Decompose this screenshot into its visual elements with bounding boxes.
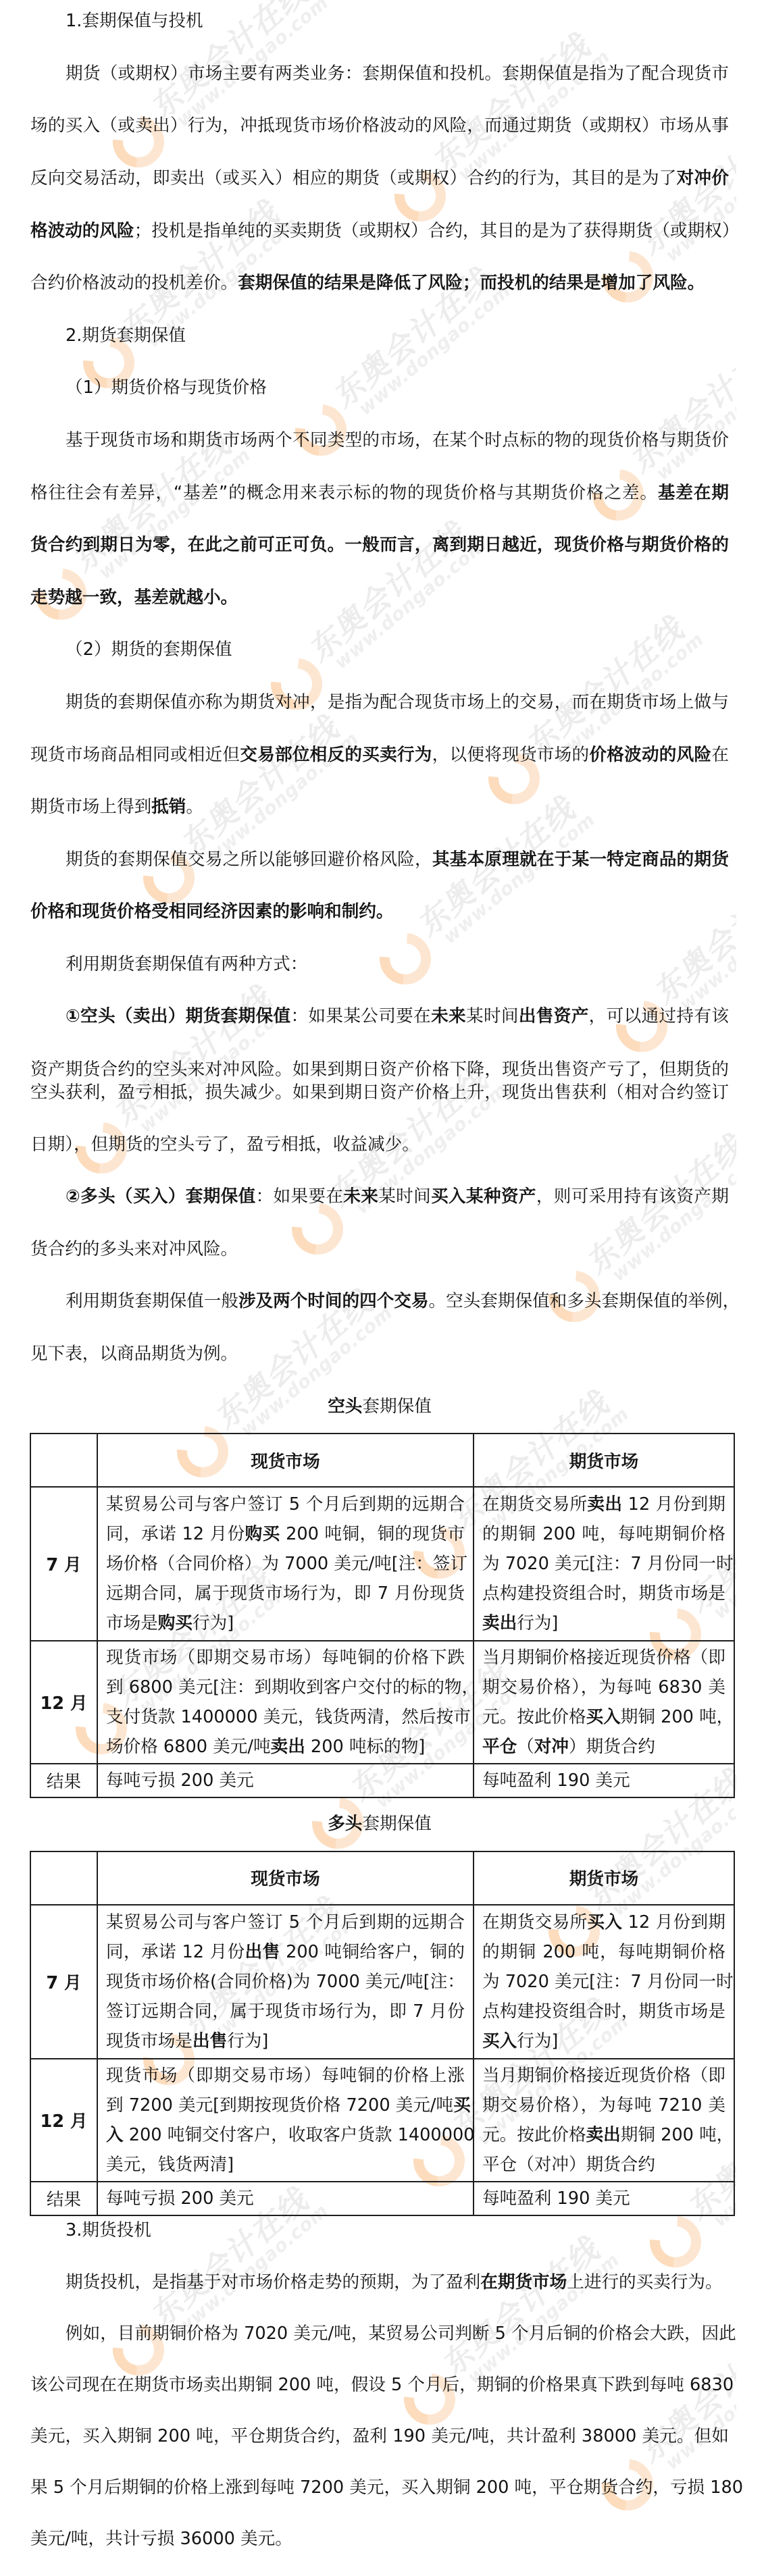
bold-text: 买入 xyxy=(482,2031,517,2051)
bold-text: 价格和现货价格受相同经济因素的影响和制约。 xyxy=(30,901,393,922)
text: （2）期货的套期保值 xyxy=(66,639,232,660)
table-header-row: 现货市场期货市场 xyxy=(30,1434,734,1487)
column-header: 现货市场 xyxy=(97,1851,474,1905)
cell-text-line: 当月期铜价格接近现货价格（即 xyxy=(482,2061,725,2091)
text-line: ①空头（卖出）期货套期保值：如果某公司要在未来某时间出售资产，可以通过持有该 xyxy=(30,991,729,1043)
text: 现货市场价格(合同价格)为 7000 美元/吨[注： xyxy=(106,1972,465,1992)
text-line: 例如，目前期铜价格为 7020 美元/吨，某贸易公司判断 5 个月后铜的价格会大… xyxy=(30,2308,736,2359)
text: 套期保值 xyxy=(362,1396,431,1417)
paragraph: ①空头（卖出）期货套期保值：如果某公司要在未来某时间出售资产，可以通过持有该资产… xyxy=(30,991,729,1171)
bold-text: 买 xyxy=(453,2095,471,2115)
cell-text-line: 的期铜 200 吨，每吨期铜价格 xyxy=(482,1937,725,1967)
text: 行为] xyxy=(517,2031,558,2051)
spot-market-cell: 每吨亏损 200 美元 xyxy=(97,1764,474,1797)
cell-text-line: 现货市场价格(合同价格)为 7000 美元/吨[注： xyxy=(106,1967,465,1997)
text: 见下表，以商品期货为例。 xyxy=(30,1344,238,1364)
spot-market-cell: 现货市场（即期交易市场）每吨铜的价格上涨到 7200 美元[到期按现货价格 72… xyxy=(97,2059,474,2182)
cell-text-line: 支付货款 1400000 美元，钱货两清，然后按市 xyxy=(106,1702,471,1732)
cell-text-line: 入 200 吨铜交付客户，收取客户货款 1400000 xyxy=(106,2120,475,2150)
bold-text: 格波动的风险 xyxy=(30,221,134,241)
text-line: 合约价格波动的投机差价。套期保值的结果是降低了风险；而投机的结果是增加了风险。 xyxy=(30,257,729,310)
cell-text-line: 每吨盈利 190 美元 xyxy=(482,1766,725,1795)
text: 某贸易公司与客户签订 5 个月后到期的远期合 xyxy=(106,1912,465,1933)
text: 场价格 6800 美元/吨 xyxy=(106,1737,271,1757)
cell-text-line: 同，承诺 12 月份出售 200 吨铜给客户，铜的 xyxy=(106,1937,465,1967)
text: 空头获利，盈亏相抵，损失减少。如果到期日资产价格上升，现货出售获利（相对合约签订 xyxy=(30,1082,729,1103)
cell-text-line: 期交易价格），为每吨 6830 美 xyxy=(482,1673,725,1702)
row-label: 7 月 xyxy=(30,1905,97,2059)
text: ，以便将现货市场的 xyxy=(432,745,590,765)
text: 签订远期合同，属于现货市场行为，即 7 月份 xyxy=(106,2001,465,2022)
text: 利用期货套期保值一般 xyxy=(66,1291,238,1311)
text: 200 吨标的物] xyxy=(305,1737,425,1757)
text: 12 月份到期 xyxy=(622,1494,725,1515)
text: 合约价格波动的投机差价。 xyxy=(30,273,238,293)
document-page: 东奥会计在线www.dongao.com东奥会计在线www.dongao.com… xyxy=(0,0,766,2576)
bold-text: 其基本原理就在于某一特定商品的期货 xyxy=(432,849,729,870)
spot-market-cell: 现货市场（即期交易市场）每吨铜的价格下跌到 6800 美元[注：到期收到客户交付… xyxy=(97,1641,474,1764)
text-line: 走势越一致，基差就越小。 xyxy=(30,572,729,625)
bold-text: 出售 xyxy=(193,2031,227,2051)
bold-text: 买入 xyxy=(586,1707,621,1727)
text: 在期货交易所 xyxy=(482,1494,587,1515)
text: （1）期货价格与现货价格 xyxy=(66,377,267,398)
short-hedge-table: 现货市场期货市场7 月某贸易公司与客户签订 5 个月后到期的远期合同，承诺 12… xyxy=(30,1433,735,1798)
bold-text: 未来 xyxy=(431,1006,466,1026)
text: 每吨盈利 190 美元 xyxy=(482,2188,630,2209)
text-line: 期货（或期权）市场主要有两类业务：套期保值和投机。套期保值是指为了配合现货市 xyxy=(30,48,729,101)
text-line: ②多头（买入）套期保值：如果要在未来某时间买入某种资产，则可采用持有该资产期 xyxy=(30,1171,729,1224)
text: 每吨盈利 190 美元 xyxy=(482,1770,630,1791)
text-line: 期货的套期保值亦称为期货对冲，是指为配合现货市场上的交易，而在期货市场上做与 xyxy=(30,677,729,729)
column-header xyxy=(30,1434,97,1487)
text: 点构建投资组合时，期货市场是 xyxy=(482,1583,725,1604)
cell-text-line: 在期货交易所买入 12 月份到期 xyxy=(482,1908,725,1937)
text: 现货市场（即期交易市场）每吨铜的价格上涨 xyxy=(106,2066,465,2086)
cell-text-line: 美元，钱货两清] xyxy=(106,2150,465,2180)
row-result: 结果每吨亏损 200 美元每吨盈利 190 美元 xyxy=(30,1764,734,1797)
text: 1.套期保值与投机 xyxy=(66,11,203,31)
text-line: 货合约到期日为零，在此之前可正可负。一般而言，离到期日越近，现货价格与期货价格的 xyxy=(30,519,729,572)
cell-text-line: 每吨亏损 200 美元 xyxy=(106,2184,465,2213)
text: 现货市场是 xyxy=(106,2031,193,2051)
text: 的期铜 200 吨，每吨期铜价格 xyxy=(482,1524,725,1544)
text: 上进行的买卖行为。 xyxy=(567,2272,722,2292)
text: 利用期货套期保值有两种方式： xyxy=(66,954,307,974)
text-line: 格往往会有差异，“基差”的概念用来表示标的物的现货价格与其期货价格之差。基差在期 xyxy=(30,467,729,520)
text: 同，承诺 12 月份 xyxy=(106,1942,245,1962)
bold-text: 价格波动的风险 xyxy=(589,745,711,765)
text: 美元/吨，共计亏损 36000 美元。 xyxy=(30,2529,292,2549)
bold-text: 购买 xyxy=(158,1613,193,1633)
section-heading: 1.套期保值与投机 xyxy=(30,0,729,48)
bold-text: 套期保值的结果是降低了风险；而投机的结果是增加了风险。 xyxy=(238,273,705,293)
text: 现货市场（即期交易市场）每吨铜的价格下跌 xyxy=(106,1648,465,1668)
bold-text: 卖出 xyxy=(586,2125,621,2145)
cell-text-line: 场价格（合同价格）为 7000 美元/吨[注：签订 xyxy=(106,1549,467,1579)
column-header: 期货市场 xyxy=(474,1434,734,1487)
cell-text-line: 当月期铜价格接近现货价格（即 xyxy=(482,1643,725,1673)
text: 场的买入（或卖出）行为，冲抵现货市场价格波动的风险，而通过期货（或期权）市场从事 xyxy=(30,115,729,136)
text: ）期货合约 xyxy=(569,1737,655,1757)
text-line: 空头获利，盈亏相抵，损失减少。如果到期日资产价格上升，现货出售获利（相对合约签订 xyxy=(30,1081,729,1104)
text: ；投机是指单纯的买卖期货（或期权）合约，其目的是为了获得期货（或期权） xyxy=(134,221,740,241)
text: 期交易价格），为每吨 6830 美 xyxy=(482,1677,725,1698)
cell-text-line: 平仓（对冲）期货合约 xyxy=(482,2150,725,2180)
futures-market-cell: 当月期铜价格接近现货价格（即期交易价格），为每吨 7210 美元。按此价格卖出期… xyxy=(474,2059,734,2182)
text: 每吨亏损 200 美元 xyxy=(106,1770,254,1791)
text: 期货的套期保值亦称为期货对冲，是指为配合现货市场上的交易，而在期货市场上做与 xyxy=(66,692,729,712)
text: 每吨亏损 200 美元 xyxy=(106,2188,254,2209)
text: 期铜 200 吨， xyxy=(621,1707,734,1727)
cell-text-line: 期交易价格），为每吨 7210 美 xyxy=(482,2091,725,2120)
row-label: 12 月 xyxy=(30,1641,97,1764)
bold-text: ①空头（卖出）期货套期保值 xyxy=(66,1006,290,1026)
paragraph: 期货的套期保值交易之所以能够回避价格风险，其基本原理就在于某一特定商品的期货价格… xyxy=(30,834,729,939)
bold-text: 卖出 xyxy=(482,1613,517,1633)
bold-text: 空头 xyxy=(328,1396,362,1417)
text: （ xyxy=(517,1737,534,1757)
text: 套期保值 xyxy=(362,1814,431,1834)
text: 为 7020 美元[注：7 月份同一时 xyxy=(482,1554,734,1574)
text: 。 xyxy=(186,797,203,817)
column-header: 现货市场 xyxy=(97,1434,474,1487)
row-december: 12 月现货市场（即期交易市场）每吨铜的价格上涨到 7200 美元[到期按现货价… xyxy=(30,2059,734,2182)
futures-market-cell: 在期货交易所卖出 12 月份到期的期铜 200 吨，每吨期铜价格为 7020 美… xyxy=(474,1487,734,1641)
text-line: 2.期货套期保值 xyxy=(30,310,729,363)
cell-text-line: 每吨亏损 200 美元 xyxy=(106,1766,465,1795)
cell-text-line: 元。按此价格卖出期铜 200 吨， xyxy=(482,2120,734,2150)
text: 美元，钱货两清] xyxy=(106,2155,234,2175)
bold-text: 对冲价 xyxy=(677,168,729,188)
text-line: 期货投机，是指基于对市场价格走势的预期，为了盈利在期货市场上进行的买卖行为。 xyxy=(30,2257,729,2308)
column-header xyxy=(30,1851,97,1905)
text: 同，承诺 12 月份 xyxy=(106,1524,245,1544)
spot-market-cell: 某贸易公司与客户签订 5 个月后到期的远期合同，承诺 12 月份购买 200 吨… xyxy=(97,1487,474,1641)
paragraph: 期货的套期保值亦称为期货对冲，是指为配合现货市场上的交易，而在期货市场上做与现货… xyxy=(30,677,729,834)
article-body: 1.套期保值与投机期货（或期权）市场主要有两类业务：套期保值和投机。套期保值是指… xyxy=(30,0,729,2565)
bold-text: 交易部位相反的买卖行为 xyxy=(240,745,432,765)
text: 期货的套期保值交易之所以能够回避价格风险， xyxy=(66,849,432,870)
text: 200 吨铜，铜的现货市 xyxy=(280,1524,465,1544)
text: 果 5 个月后期铜的价格上涨到每吨 7200 美元，买入期铜 200 吨，平仓期… xyxy=(30,2477,743,2498)
text-line: 该公司现在在期货市场卖出期铜 200 吨，假设 5 个月后，期铜的价格果真下跌到… xyxy=(30,2359,734,2411)
text: 3.期货投机 xyxy=(66,2220,151,2240)
bold-text: 卖出 xyxy=(271,1737,305,1757)
text: 现货市场商品相同或相近但 xyxy=(30,745,240,765)
table-header-row: 现货市场期货市场 xyxy=(30,1851,734,1905)
paragraph: 期货（或期权）市场主要有两类业务：套期保值和投机。套期保值是指为了配合现货市场的… xyxy=(30,48,729,310)
text: 期铜 200 吨， xyxy=(621,2125,734,2145)
text: 场价格（合同价格）为 7000 美元/吨[注：签订 xyxy=(106,1554,467,1574)
cell-text-line: 市场是购买行为] xyxy=(106,1608,465,1638)
text: 在 xyxy=(711,745,729,765)
text: 市场是 xyxy=(106,1613,158,1633)
bold-text: 货合约到期日为零，在此之前可正可负。一般而言，离到期日越近，现货价格与期货价格的 xyxy=(30,535,729,555)
text: 2.期货套期保值 xyxy=(66,325,186,346)
row-july: 7 月某贸易公司与客户签订 5 个月后到期的远期合同，承诺 12 月份出售 20… xyxy=(30,1905,734,2059)
table-title: 空头套期保值 xyxy=(30,1381,729,1434)
section-heading: （1）期货价格与现货价格 xyxy=(30,362,729,415)
bold-text: 对冲 xyxy=(534,1737,569,1757)
spot-market-cell: 某贸易公司与客户签订 5 个月后到期的远期合同，承诺 12 月份出售 200 吨… xyxy=(97,1905,474,2059)
text-line: 格波动的风险；投机是指单纯的买卖期货（或期权）合约，其目的是为了获得期货（或期权… xyxy=(30,205,739,258)
text: ：如果要在 xyxy=(256,1186,344,1207)
text-line: 场的买入（或卖出）行为，冲抵现货市场价格波动的风险，而通过期货（或期权）市场从事 xyxy=(30,100,729,153)
text: 的期铜 200 吨，每吨期铜价格 xyxy=(482,1942,725,1962)
text: 。空头套期保值和多头套期保值的举例， xyxy=(429,1291,740,1311)
text: 当月期铜价格接近现货价格（即 xyxy=(482,2066,725,2086)
text: 当月期铜价格接近现货价格（即 xyxy=(482,1648,725,1668)
paragraph: 例如，目前期铜价格为 7020 美元/吨，某贸易公司判断 5 个月后铜的价格会大… xyxy=(30,2308,729,2565)
cell-text-line: 点构建投资组合时，期货市场是 xyxy=(482,1579,725,1608)
bold-text: 入 xyxy=(106,2125,124,2145)
section-heading: 2.期货套期保值 xyxy=(30,310,729,363)
futures-market-cell: 在期货交易所买入 12 月份到期的期铜 200 吨，每吨期铜价格为 7020 美… xyxy=(474,1905,734,2059)
cell-text-line: 现货市场（即期交易市场）每吨铜的价格下跌 xyxy=(106,1643,465,1673)
text: 点构建投资组合时，期货市场是 xyxy=(482,2001,725,2022)
cell-text-line: 为 7020 美元[注：7 月份同一时 xyxy=(482,1549,734,1579)
cell-text-line: 同，承诺 12 月份购买 200 吨铜，铜的现货市 xyxy=(106,1519,465,1549)
paragraph: 利用期货套期保值有两种方式： xyxy=(30,939,729,991)
bold-text: 未来 xyxy=(343,1186,378,1207)
row-label: 12 月 xyxy=(30,2059,97,2182)
text-line: 基于现货市场和期货市场两个不同类型的市场，在某个时点标的物的现货价格与期货价 xyxy=(30,415,729,467)
text-line: 期货市场上得到抵销。 xyxy=(30,781,729,834)
cell-text-line: 元。按此价格买入期铜 200 吨， xyxy=(482,1702,734,1732)
bold-text: 多头 xyxy=(328,1814,362,1834)
cell-text-line: 买入行为] xyxy=(482,2026,725,2056)
text-line: 1.套期保值与投机 xyxy=(30,0,729,48)
bold-text: 卖出 xyxy=(587,1494,622,1515)
cell-text-line: 为 7020 美元[注：7 月份同一时 xyxy=(482,1967,734,1997)
bold-text: 出售资产 xyxy=(519,1006,589,1026)
cell-text-line: 每吨盈利 190 美元 xyxy=(482,2184,725,2213)
text: 期交易价格），为每吨 7210 美 xyxy=(482,2095,725,2115)
text-line: 见下表，以商品期货为例。 xyxy=(30,1328,729,1381)
bold-text: 基差在期 xyxy=(658,483,729,503)
text-line: 期货的套期保值交易之所以能够回避价格风险，其基本原理就在于某一特定商品的期货 xyxy=(30,834,729,887)
paragraph: ②多头（买入）套期保值：如果要在未来某时间买入某种资产，则可采用持有该资产期货合… xyxy=(30,1171,729,1276)
row-label: 结果 xyxy=(30,2182,97,2215)
table-title: 多头套期保值 xyxy=(30,1798,729,1851)
text: 格往往会有差异，“基差”的概念用来表示标的物的现货价格与其期货价格之差。 xyxy=(30,483,658,503)
cell-text-line: 点构建投资组合时，期货市场是 xyxy=(482,1997,725,2026)
text: 200 吨铜给客户，铜的 xyxy=(280,1942,465,1962)
row-label: 结果 xyxy=(30,1764,97,1797)
cell-text-line: 现货市场（即期交易市场）每吨铜的价格上涨 xyxy=(106,2061,465,2091)
text: 在期货交易所 xyxy=(482,1912,587,1933)
text: 行为] xyxy=(517,1613,558,1633)
text: 到 7200 美元[到期按现货价格 7200 美元/吨 xyxy=(106,2095,453,2115)
text: 货合约的多头来对冲风险。 xyxy=(30,1239,238,1259)
text: 日期），但期货的空头亏了，盈亏相抵，收益减少。 xyxy=(30,1134,419,1155)
bold-text: 平仓 xyxy=(482,1737,517,1757)
bold-text: 在期货市场 xyxy=(480,2272,567,2292)
bold-text: 抵销 xyxy=(151,797,186,817)
bold-text: 出售 xyxy=(245,1942,280,1962)
text: 平仓（对冲）期货合约 xyxy=(482,2155,655,2175)
cell-text-line: 的期铜 200 吨，每吨期铜价格 xyxy=(482,1519,725,1549)
paragraph: 基于现货市场和期货市场两个不同类型的市场，在某个时点标的物的现货价格与期货价格往… xyxy=(30,415,729,624)
long-hedge-table: 现货市场期货市场7 月某贸易公司与客户签订 5 个月后到期的远期合同，承诺 12… xyxy=(30,1851,735,2216)
row-result: 结果每吨亏损 200 美元每吨盈利 190 美元 xyxy=(30,2182,734,2215)
paragraph: 期货投机，是指基于对市场价格走势的预期，为了盈利在期货市场上进行的买卖行为。 xyxy=(30,2257,729,2308)
text-line: 3.期货投机 xyxy=(30,2216,729,2244)
section-heading: 3.期货投机 xyxy=(30,2216,729,2244)
text-line: 美元/吨，共计亏损 36000 美元。 xyxy=(30,2513,729,2565)
text: 基于现货市场和期货市场两个不同类型的市场，在某个时点标的物的现货价格与期货价 xyxy=(66,430,729,450)
text: 某贸易公司与客户签订 5 个月后到期的远期合 xyxy=(106,1494,465,1515)
row-july: 7 月某贸易公司与客户签订 5 个月后到期的远期合同，承诺 12 月份购买 20… xyxy=(30,1487,734,1641)
text-line: （2）期货的套期保值 xyxy=(30,624,729,677)
text: 该公司现在在期货市场卖出期铜 200 吨，假设 5 个月后，期铜的价格果真下跌到… xyxy=(30,2375,734,2395)
text-line: 美元，买入期铜 200 吨，平仓期货合约，盈利 190 美元/吨，共计盈利 38… xyxy=(30,2411,729,2462)
text: 为 7020 美元[注：7 月份同一时 xyxy=(482,1972,734,1992)
futures-market-cell: 每吨盈利 190 美元 xyxy=(474,1764,734,1797)
text-line: 日期），但期货的空头亏了，盈亏相抵，收益减少。 xyxy=(30,1119,729,1172)
bold-text: 涉及两个时间的四个交易 xyxy=(238,1291,429,1311)
text-line: 空头套期保值 xyxy=(30,1381,729,1434)
cell-text-line: 到 6800 美元[注：到期收到客户交付的标的物， xyxy=(106,1673,479,1702)
cell-text-line: 场价格 6800 美元/吨卖出 200 吨标的物] xyxy=(106,1732,465,1762)
cell-text-line: 现货市场是出售行为] xyxy=(106,2026,465,2056)
text: 某时间 xyxy=(466,1006,519,1026)
text: 到 6800 美元[注：到期收到客户交付的标的物， xyxy=(106,1677,479,1698)
paragraph: 利用期货套期保值一般涉及两个时间的四个交易。空头套期保值和多头套期保值的举例，见… xyxy=(30,1276,729,1380)
text: 期货投机，是指基于对市场价格走势的预期，为了盈利 xyxy=(66,2272,480,2292)
text: 行为] xyxy=(193,1613,234,1633)
text-line: 货合约的多头来对冲风险。 xyxy=(30,1224,729,1276)
text: ：如果某公司要在 xyxy=(290,1006,431,1026)
text-line: （1）期货价格与现货价格 xyxy=(30,362,729,415)
bold-text: ②多头（买入）套期保值 xyxy=(66,1186,256,1207)
spot-market-cell: 每吨亏损 200 美元 xyxy=(97,2182,474,2215)
text: 元。按此价格 xyxy=(482,1707,586,1727)
text: 元。按此价格 xyxy=(482,2125,586,2145)
text-line: 利用期货套期保值有两种方式： xyxy=(30,939,729,991)
cell-text-line: 卖出行为] xyxy=(482,1608,725,1638)
bold-text: 购买 xyxy=(245,1524,280,1544)
text-line: 多头套期保值 xyxy=(30,1798,729,1851)
cell-text-line: 某贸易公司与客户签订 5 个月后到期的远期合 xyxy=(106,1908,465,1937)
text-line: 利用期货套期保值一般涉及两个时间的四个交易。空头套期保值和多头套期保值的举例， xyxy=(30,1276,740,1328)
cell-text-line: 签订远期合同，属于现货市场行为，即 7 月份 xyxy=(106,1997,465,2026)
row-december: 12 月现货市场（即期交易市场）每吨铜的价格下跌到 6800 美元[注：到期收到… xyxy=(30,1641,734,1764)
cell-text-line: 在期货交易所卖出 12 月份到期 xyxy=(482,1490,725,1519)
text: 反向交易活动，即卖出（或买入）相应的期货（或期权）合约的行为，其目的是为了 xyxy=(30,168,677,188)
text: 行为] xyxy=(227,2031,268,2051)
text: 美元，买入期铜 200 吨，平仓期货合约，盈利 190 美元/吨，共计盈利 38… xyxy=(30,2426,729,2446)
text: 期货（或期权）市场主要有两类业务：套期保值和投机。套期保值是指为了配合现货市 xyxy=(66,63,729,84)
column-header: 期货市场 xyxy=(474,1851,734,1905)
text: 远期合同，属于现货市场行为，即 7 月份现货 xyxy=(106,1583,465,1604)
text-line: 果 5 个月后期铜的价格上涨到每吨 7200 美元，买入期铜 200 吨，平仓期… xyxy=(30,2462,743,2513)
text: ，可以通过持有该 xyxy=(589,1006,729,1026)
text-line: 现货市场商品相同或相近但交易部位相反的买卖行为，以便将现货市场的价格波动的风险在 xyxy=(30,729,729,782)
text-line: 资产期货合约的空头来对冲风险。如果到期日资产价格下降，现货出售资产亏了，但期货的 xyxy=(30,1058,729,1081)
text-line: 反向交易活动，即卖出（或买入）相应的期货（或期权）合约的行为，其目的是为了对冲价 xyxy=(30,153,729,205)
cell-text-line: 到 7200 美元[到期按现货价格 7200 美元/吨买 xyxy=(106,2091,471,2120)
bold-text: 买入 xyxy=(587,1912,622,1933)
futures-market-cell: 当月期铜价格接近现货价格（即期交易价格），为每吨 6830 美元。按此价格买入期… xyxy=(474,1641,734,1764)
text: 支付货款 1400000 美元，钱货两清，然后按市 xyxy=(106,1707,471,1727)
futures-market-cell: 每吨盈利 190 美元 xyxy=(474,2182,734,2215)
cell-text-line: 某贸易公司与客户签订 5 个月后到期的远期合 xyxy=(106,1490,465,1519)
cell-text-line: 远期合同，属于现货市场行为，即 7 月份现货 xyxy=(106,1579,465,1608)
row-label: 7 月 xyxy=(30,1487,97,1641)
text: 期货市场上得到 xyxy=(30,797,151,817)
text-line: 价格和现货价格受相同经济因素的影响和制约。 xyxy=(30,886,729,939)
text: ，则可采用持有该资产期 xyxy=(536,1186,729,1207)
bold-text: 走势越一致，基差就越小。 xyxy=(30,587,238,608)
section-heading: （2）期货的套期保值 xyxy=(30,624,729,677)
cell-text-line: 平仓（对冲）期货合约 xyxy=(482,1732,725,1762)
text: 12 月份到期 xyxy=(622,1912,725,1933)
text: 例如，目前期铜价格为 7020 美元/吨，某贸易公司判断 5 个月后铜的价格会大… xyxy=(66,2323,736,2344)
text: 资产期货合约的空头来对冲风险。如果到期日资产价格下降，现货出售资产亏了，但期货的 xyxy=(30,1059,729,1080)
bold-text: 买入某种资产 xyxy=(431,1186,536,1207)
text: 200 吨铜交付客户，收取客户货款 1400000 xyxy=(124,2125,475,2145)
text: 某时间 xyxy=(378,1186,431,1207)
